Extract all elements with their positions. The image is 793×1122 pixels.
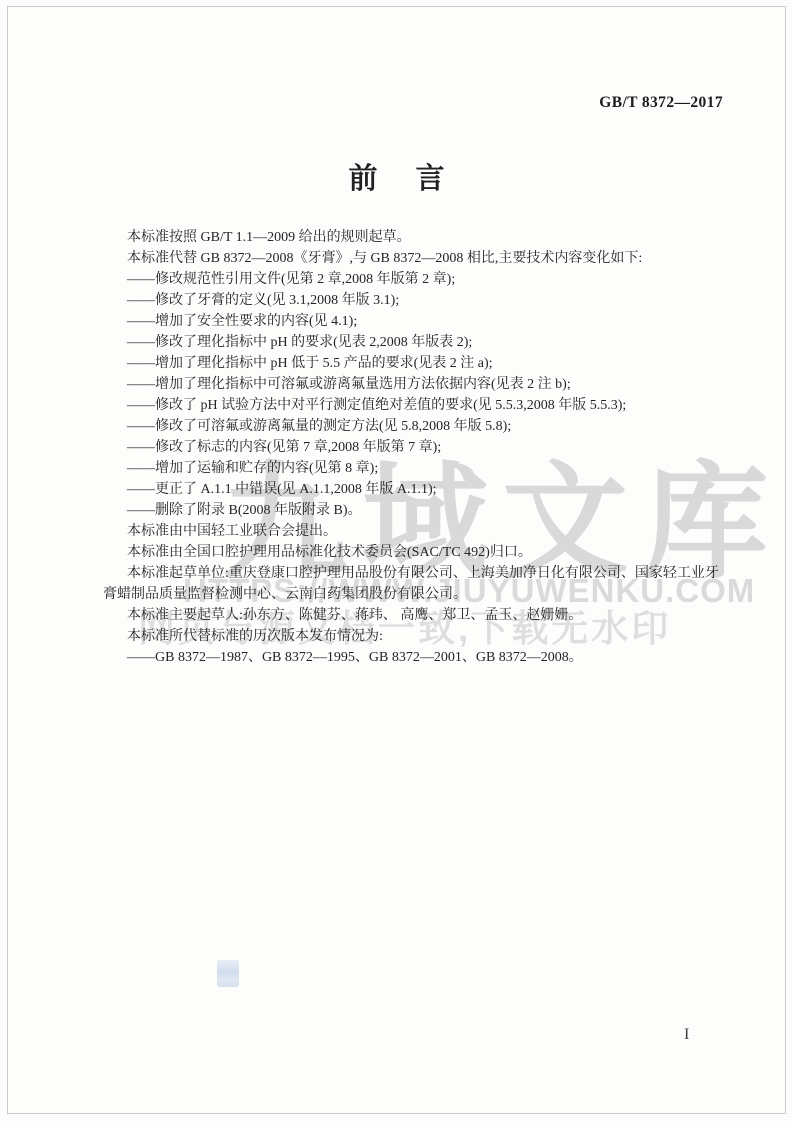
document-page: 九域文库 HTTPS://WWW.JIUYUWENKU.COM 网页与源文档一致… xyxy=(0,0,793,1122)
text-line: 本标准由中国轻工业联合会提出。 xyxy=(103,521,709,542)
text-line: ——GB 8372—1987、GB 8372—1995、GB 8372—2001… xyxy=(103,647,709,668)
text-line: ——增加了安全性要求的内容(见 4.1); xyxy=(103,311,709,332)
text-line: 本标准由全国口腔护理用品标准化技术委员会(SAC/TC 492)归口。 xyxy=(103,542,709,563)
foreword-title: 前 言 xyxy=(0,156,793,197)
text-line: ——增加了理化指标中 pH 低于 5.5 产品的要求(见表 2 注 a); xyxy=(103,353,709,374)
text-line: 本标准所代替标准的历次版本发布情况为: xyxy=(103,626,709,647)
foreword-title-char-2: 言 xyxy=(416,156,445,197)
text-line: 本标准起草单位:重庆登康口腔护理用品股份有限公司、上海美加净日化有限公司、国家轻… xyxy=(103,563,709,584)
text-line: ——更正了 A.1.1 中错误(见 A.1.1,2008 年版 A.1.1); xyxy=(103,479,709,500)
text-line: ——删除了附录 B(2008 年版附录 B)。 xyxy=(103,500,709,521)
text-line: 膏蜡制品质量监督检测中心、云南白药集团股份有限公司。 xyxy=(103,584,709,605)
standard-number: GB/T 8372—2017 xyxy=(599,94,723,112)
foreword-title-char-1: 前 xyxy=(348,156,377,197)
text-line: 本标准按照 GB/T 1.1—2009 给出的规则起草。 xyxy=(103,227,709,248)
body-text: 本标准按照 GB/T 1.1—2009 给出的规则起草。 本标准代替 GB 83… xyxy=(103,227,709,668)
text-line: ——修改了牙膏的定义(见 3.1,2008 年版 3.1); xyxy=(103,290,709,311)
stamp-mark xyxy=(217,960,239,987)
text-line: ——增加了运输和贮存的内容(见第 8 章); xyxy=(103,458,709,479)
text-line: ——修改了可溶氟或游离氟量的测定方法(见 5.8,2008 年版 5.8); xyxy=(103,416,709,437)
text-line: ——修改规范性引用文件(见第 2 章,2008 年版第 2 章); xyxy=(103,269,709,290)
page-number: I xyxy=(684,1026,689,1044)
text-line: 本标准代替 GB 8372—2008《牙膏》,与 GB 8372—2008 相比… xyxy=(103,248,709,269)
text-line: ——修改了理化指标中 pH 的要求(见表 2,2008 年版表 2); xyxy=(103,332,709,353)
text-line: ——修改了 pH 试验方法中对平行测定值绝对差值的要求(见 5.5.3,2008… xyxy=(103,395,709,416)
text-line: ——增加了理化指标中可溶氟或游离氟量选用方法依据内容(见表 2 注 b); xyxy=(103,374,709,395)
text-line: ——修改了标志的内容(见第 7 章,2008 年版第 7 章); xyxy=(103,437,709,458)
text-line: 本标准主要起草人:孙东方、陈健芬、蒋玮、 高鹰、郑卫、孟玉、赵姗姗。 xyxy=(103,605,709,626)
